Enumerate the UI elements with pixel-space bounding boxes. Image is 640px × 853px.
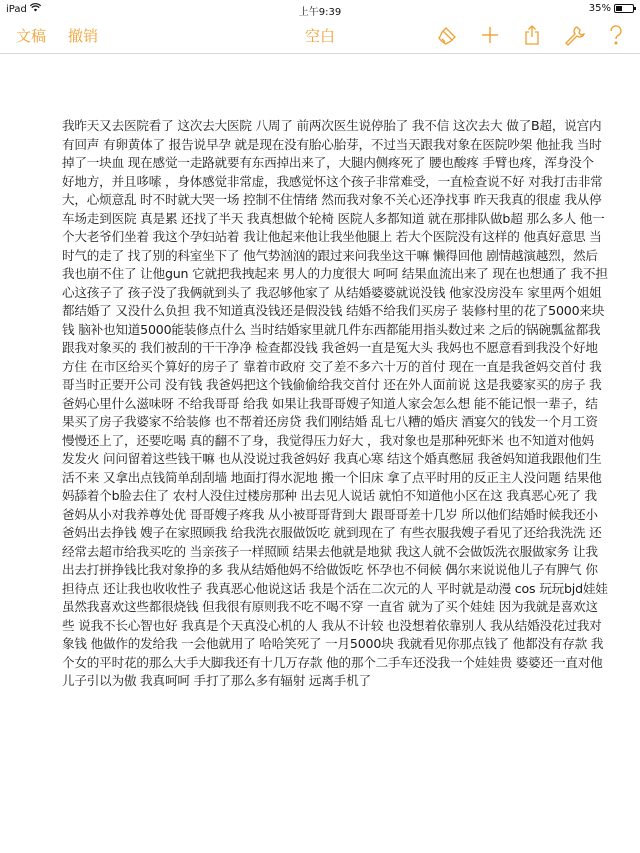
share-icon[interactable] [520,23,544,47]
document-line: 爸妈出去挣钱 嫂子在家照顾我 给我洗衣服做饭吃 就到现在了 有些衣服我嫂子看见了… [62,524,582,543]
wrench-icon[interactable] [562,23,586,47]
toolbar-right [436,23,628,47]
document-line: 儿子引以为傲 我真呵呵 手打了那么多有辐射 远离手机了 [62,672,582,691]
document-line: 时气的走了 找了别的科室坐下了 他气势汹汹的跟过来问我坐这干嘛 懒得回他 剧情越… [62,247,582,266]
battery-icon [614,4,634,13]
document-line: 虽然我喜欢这些都很烧钱 但我很有原则我不吃不喝不穿 一直省 就为了买个娃娃 因为… [62,598,582,617]
toolbar: 文稿 撤销 空白 [0,18,640,54]
status-right: 35% [589,3,634,14]
document-line: 果买了房子我婆家不给装修 也不帮着还房贷 我们刚结婚 乱七八糟的婚庆 酒宴欠的钱… [62,413,582,432]
document-line: 跟我对象买的 我们被刮的干干净净 检查都没钱 我爸妈一直是冤大头 我妈也不愿意看… [62,339,582,358]
document-line: 爸妈从小对我养尊处优 哥哥嫂子疼我 从小被哥哥背到大 跟哥哥差十几岁 所以他们结… [62,506,582,525]
paintbrush-icon[interactable] [436,23,460,47]
document-line: 发发火 问问留着这些钱干嘛 也从没说过我爸妈好 我真心寒 结这个婚真憋屈 我爸妈… [62,450,582,469]
document-line: 都结婚了 又没什么负担 我不知道真没钱还是假没钱 结婚不给我们买房子 装修村里的… [62,302,582,321]
document-line: 个女的平时花的那么大手大脚我还有十几万存款 他的那个二手车还没我一个娃娃贵 婆婆… [62,654,582,673]
document-line: 掉了一块血 现在感觉一走路就要有东西掉出来了，大腿内侧疼死了 腰也酸疼 手臂也疼… [62,154,582,173]
document-line: 妈舔着个b脸去住了 农村人没住过楼房那种 出去见人说话 就怕不知道他小区在这 我… [62,487,582,506]
document-line: 象钱 他做作的发给我 一会他就用了 哈哈笑死了 一月5000块 我就看见你那点钱… [62,635,582,654]
document-line: 车场走到医院 真是累 还找了半天 我真想做个轮椅 医院人多都知道 就在那排队做b… [62,210,582,229]
battery-percent: 35% [589,3,611,14]
document-line: 我也崩不住了 让他gun 它就把我拽起来 男人的力度很大 呵呵 结果血流出来了 … [62,265,582,284]
document-line: 担待点 还让我也收收性子 我真恶心他说这话 我是个活在二次元的人 平时就是动漫 … [62,580,582,599]
help-icon[interactable] [604,23,628,47]
document-line: 出去打拼挣钱比我对象挣的多 我从结婚他妈不给做饭吃 怀孕也不伺候 偶尔来说说他儿… [62,561,582,580]
document-line: 些 说我不长心智也好 我真是个天真没心机的人 我从不计较 也没想着依靠别人 我从… [62,617,582,636]
document-line: 方住 在市区给买个算好的房子了 靠着市政府 交了差不多六十万的首付 现在一直是我… [62,358,582,377]
document-line: 心这孩子了 孩子没了我俩就到头了 我忍够他家了 从结婚婆婆就说没钱 他家没房没车… [62,284,582,303]
document-line: 大，心烦意乱 时不时就大哭一场 控制不住情绪 然而我对象不关心还净找事 昨天我真… [62,191,582,210]
document-line: 钱 脑补也知道5000能装修点什么 当时结婚家里就几件东西都能用指头数过来 之后… [62,321,582,340]
plus-icon[interactable] [478,23,502,47]
document-line: 活不来 又拿出点钱简单刮刮墙 地面打得水泥地 搬一个旧床 拿了点平时用的反正主人… [62,469,582,488]
status-bar: iPad 上午9:39 35% [0,0,640,18]
document-line: 个大老爷们坐着 我这个孕妇站着 我让他起来他让我坐他腿上 若大个医院没有这样的 … [62,228,582,247]
document-line: 爸妈心里什么滋味呀 不给我哥哥 给我 如果让我哥哥嫂子知道人家会怎么想 能不能记… [62,395,582,414]
document-line: 慢慢还上了，还要吃喝 真的翻不了身，我觉得压力好大 ，我对象也是那种死虾米 也不… [62,432,582,451]
document-body[interactable]: 我昨天又去医院看了 这次去大医院 八周了 前两次医生说停胎了 我不信 这次去大 … [62,117,582,691]
document-line: 哥当时正要开公司 没有钱 我爸妈把这个钱偷偷给我交首付 还在外人面前说 这是我婆… [62,376,582,395]
document-line: 有回声 有卵黄体了 报告说早孕 就是现在没有胎心胎芽，不过当天跟我对象在医院吵架… [62,136,582,155]
clock: 上午9:39 [0,3,640,18]
document-line: 好地方，并且哆嗦 ，身体感觉非常虚，我感觉怀这个孩子非常难受，一直检查说不好 对… [62,173,582,192]
document-line: 我昨天又去医院看了 这次去大医院 八周了 前两次医生说停胎了 我不信 这次去大 … [62,117,582,136]
document-line: 经常去超市给我买吃的 当亲孩子一样照顾 结果去他就是地狱 我这人就不会做饭洗衣服… [62,543,582,562]
